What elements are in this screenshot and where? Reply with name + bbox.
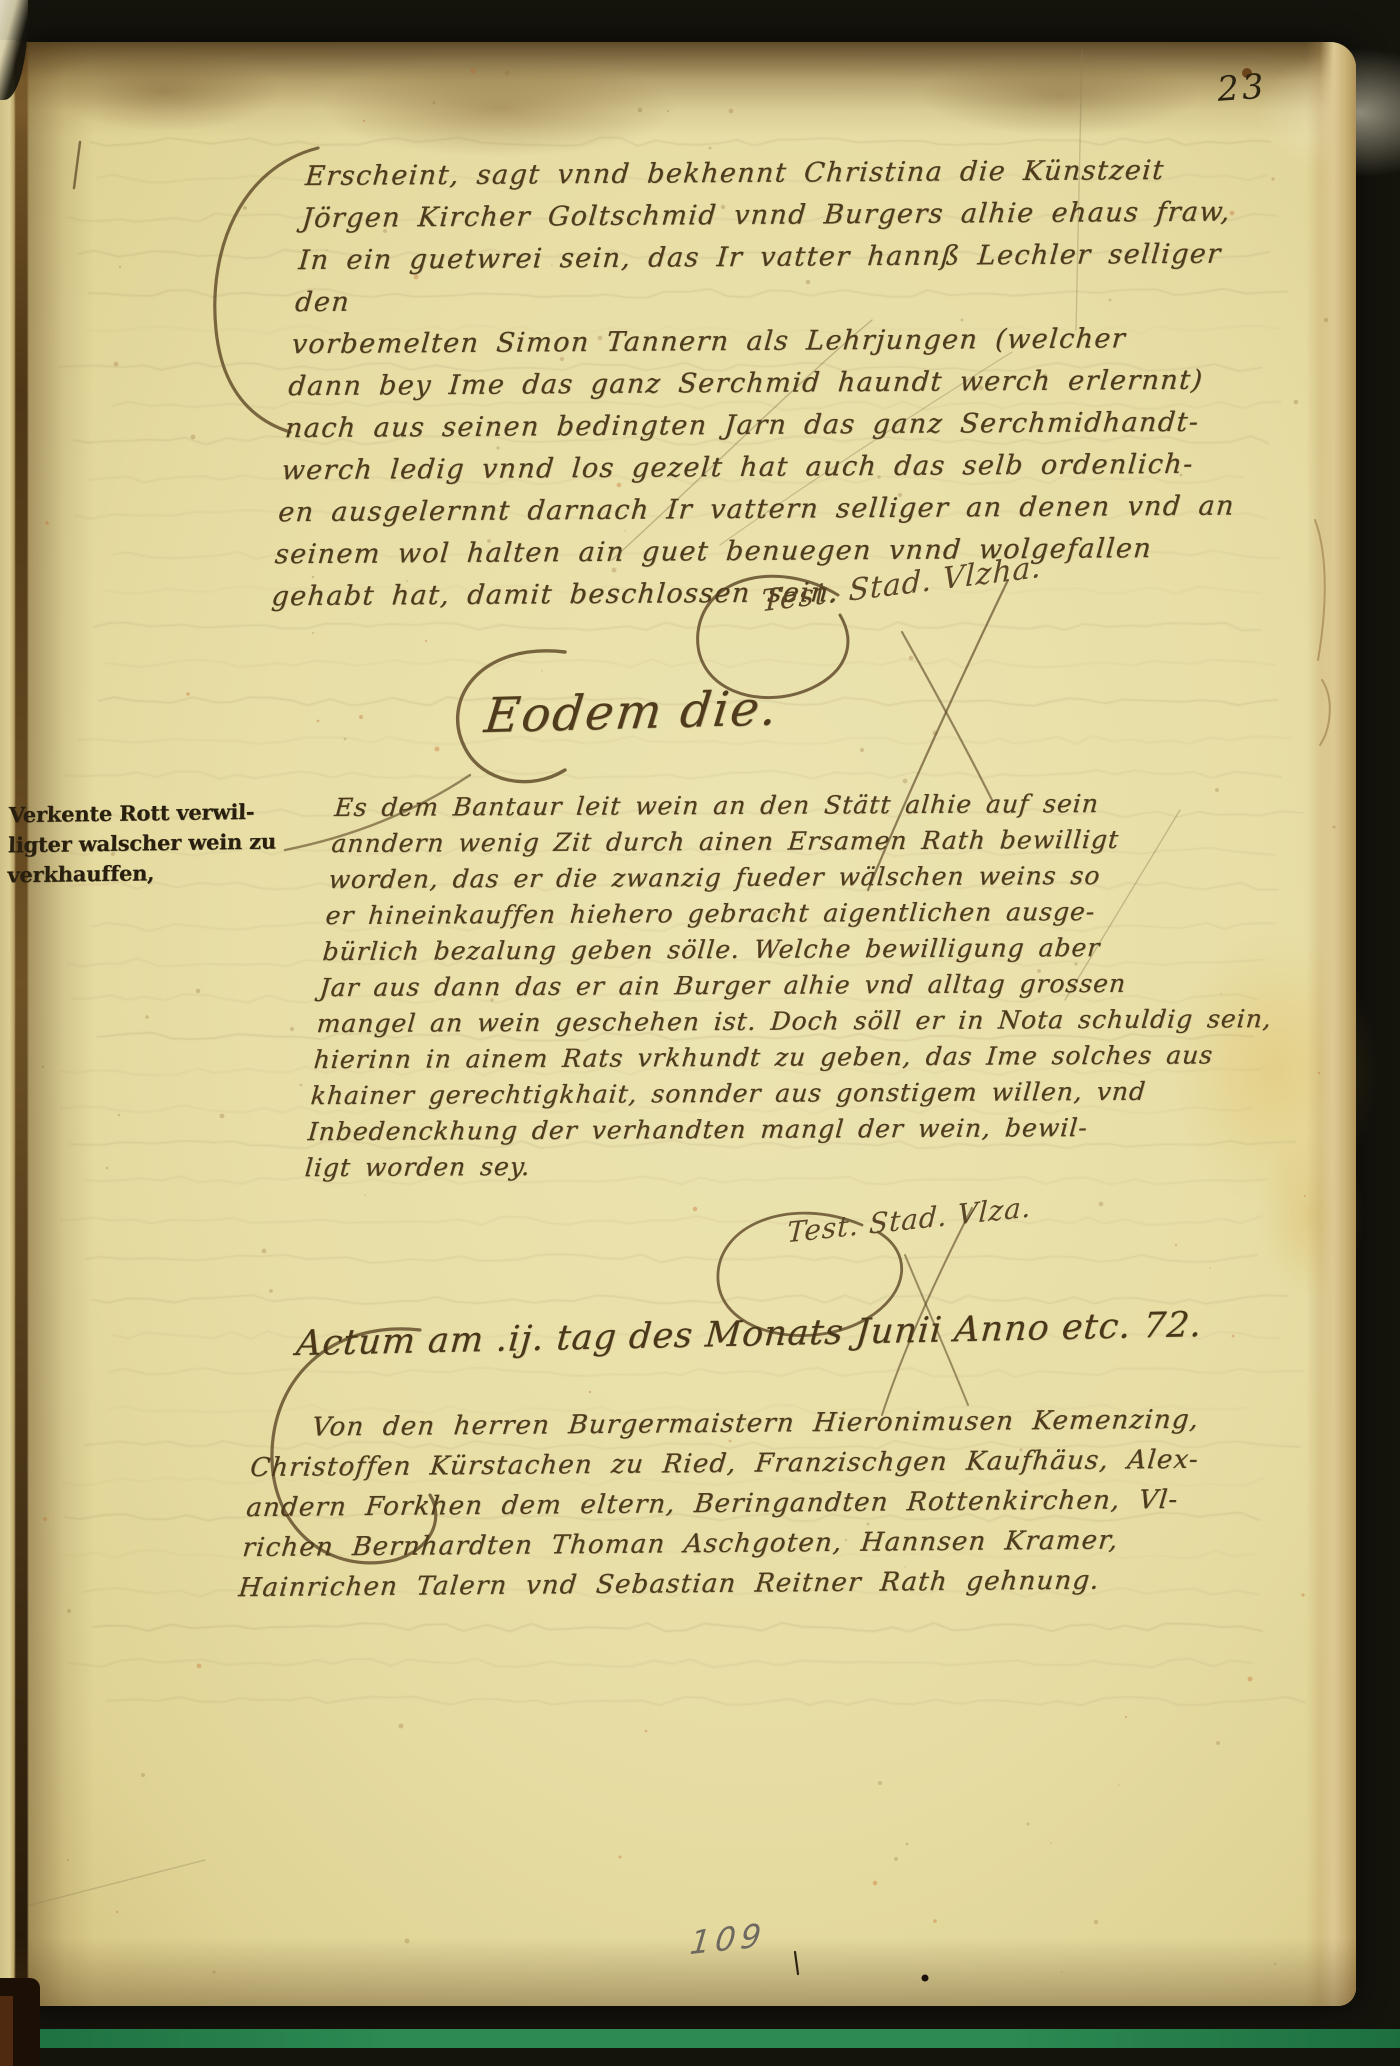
stain-blotch xyxy=(320,58,680,158)
folio-number: 23 xyxy=(1216,67,1268,110)
book-spine-leather xyxy=(0,1996,13,2066)
entry1-text: Erscheint, sagt vnnd bekhennt Christina … xyxy=(270,149,1272,618)
margin-note: Verkente Rott verwil- ligter walscher we… xyxy=(7,796,339,891)
gutter-shadow xyxy=(28,42,94,2006)
stain-blotch xyxy=(920,56,1200,136)
section-heading: Eodem die. xyxy=(482,680,782,744)
stain-blotch xyxy=(50,52,280,132)
entry3-text: Von den herren Burgermaistern Hieronimus… xyxy=(237,1398,1361,1608)
binding-gutter xyxy=(15,42,28,2006)
entry2-text: Es dem Bantaur leit wein an den Stätt al… xyxy=(303,785,1321,1186)
bottom-edge-shade xyxy=(14,1938,1356,2006)
archive-scan-photo: 23 Erscheint, sagt vnnd bekhennt Christi… xyxy=(0,0,1400,2066)
deckled-page-edges xyxy=(1306,42,1356,2006)
scan-ruler-stripe xyxy=(0,2029,1400,2048)
previous-page-edge xyxy=(0,40,16,2004)
